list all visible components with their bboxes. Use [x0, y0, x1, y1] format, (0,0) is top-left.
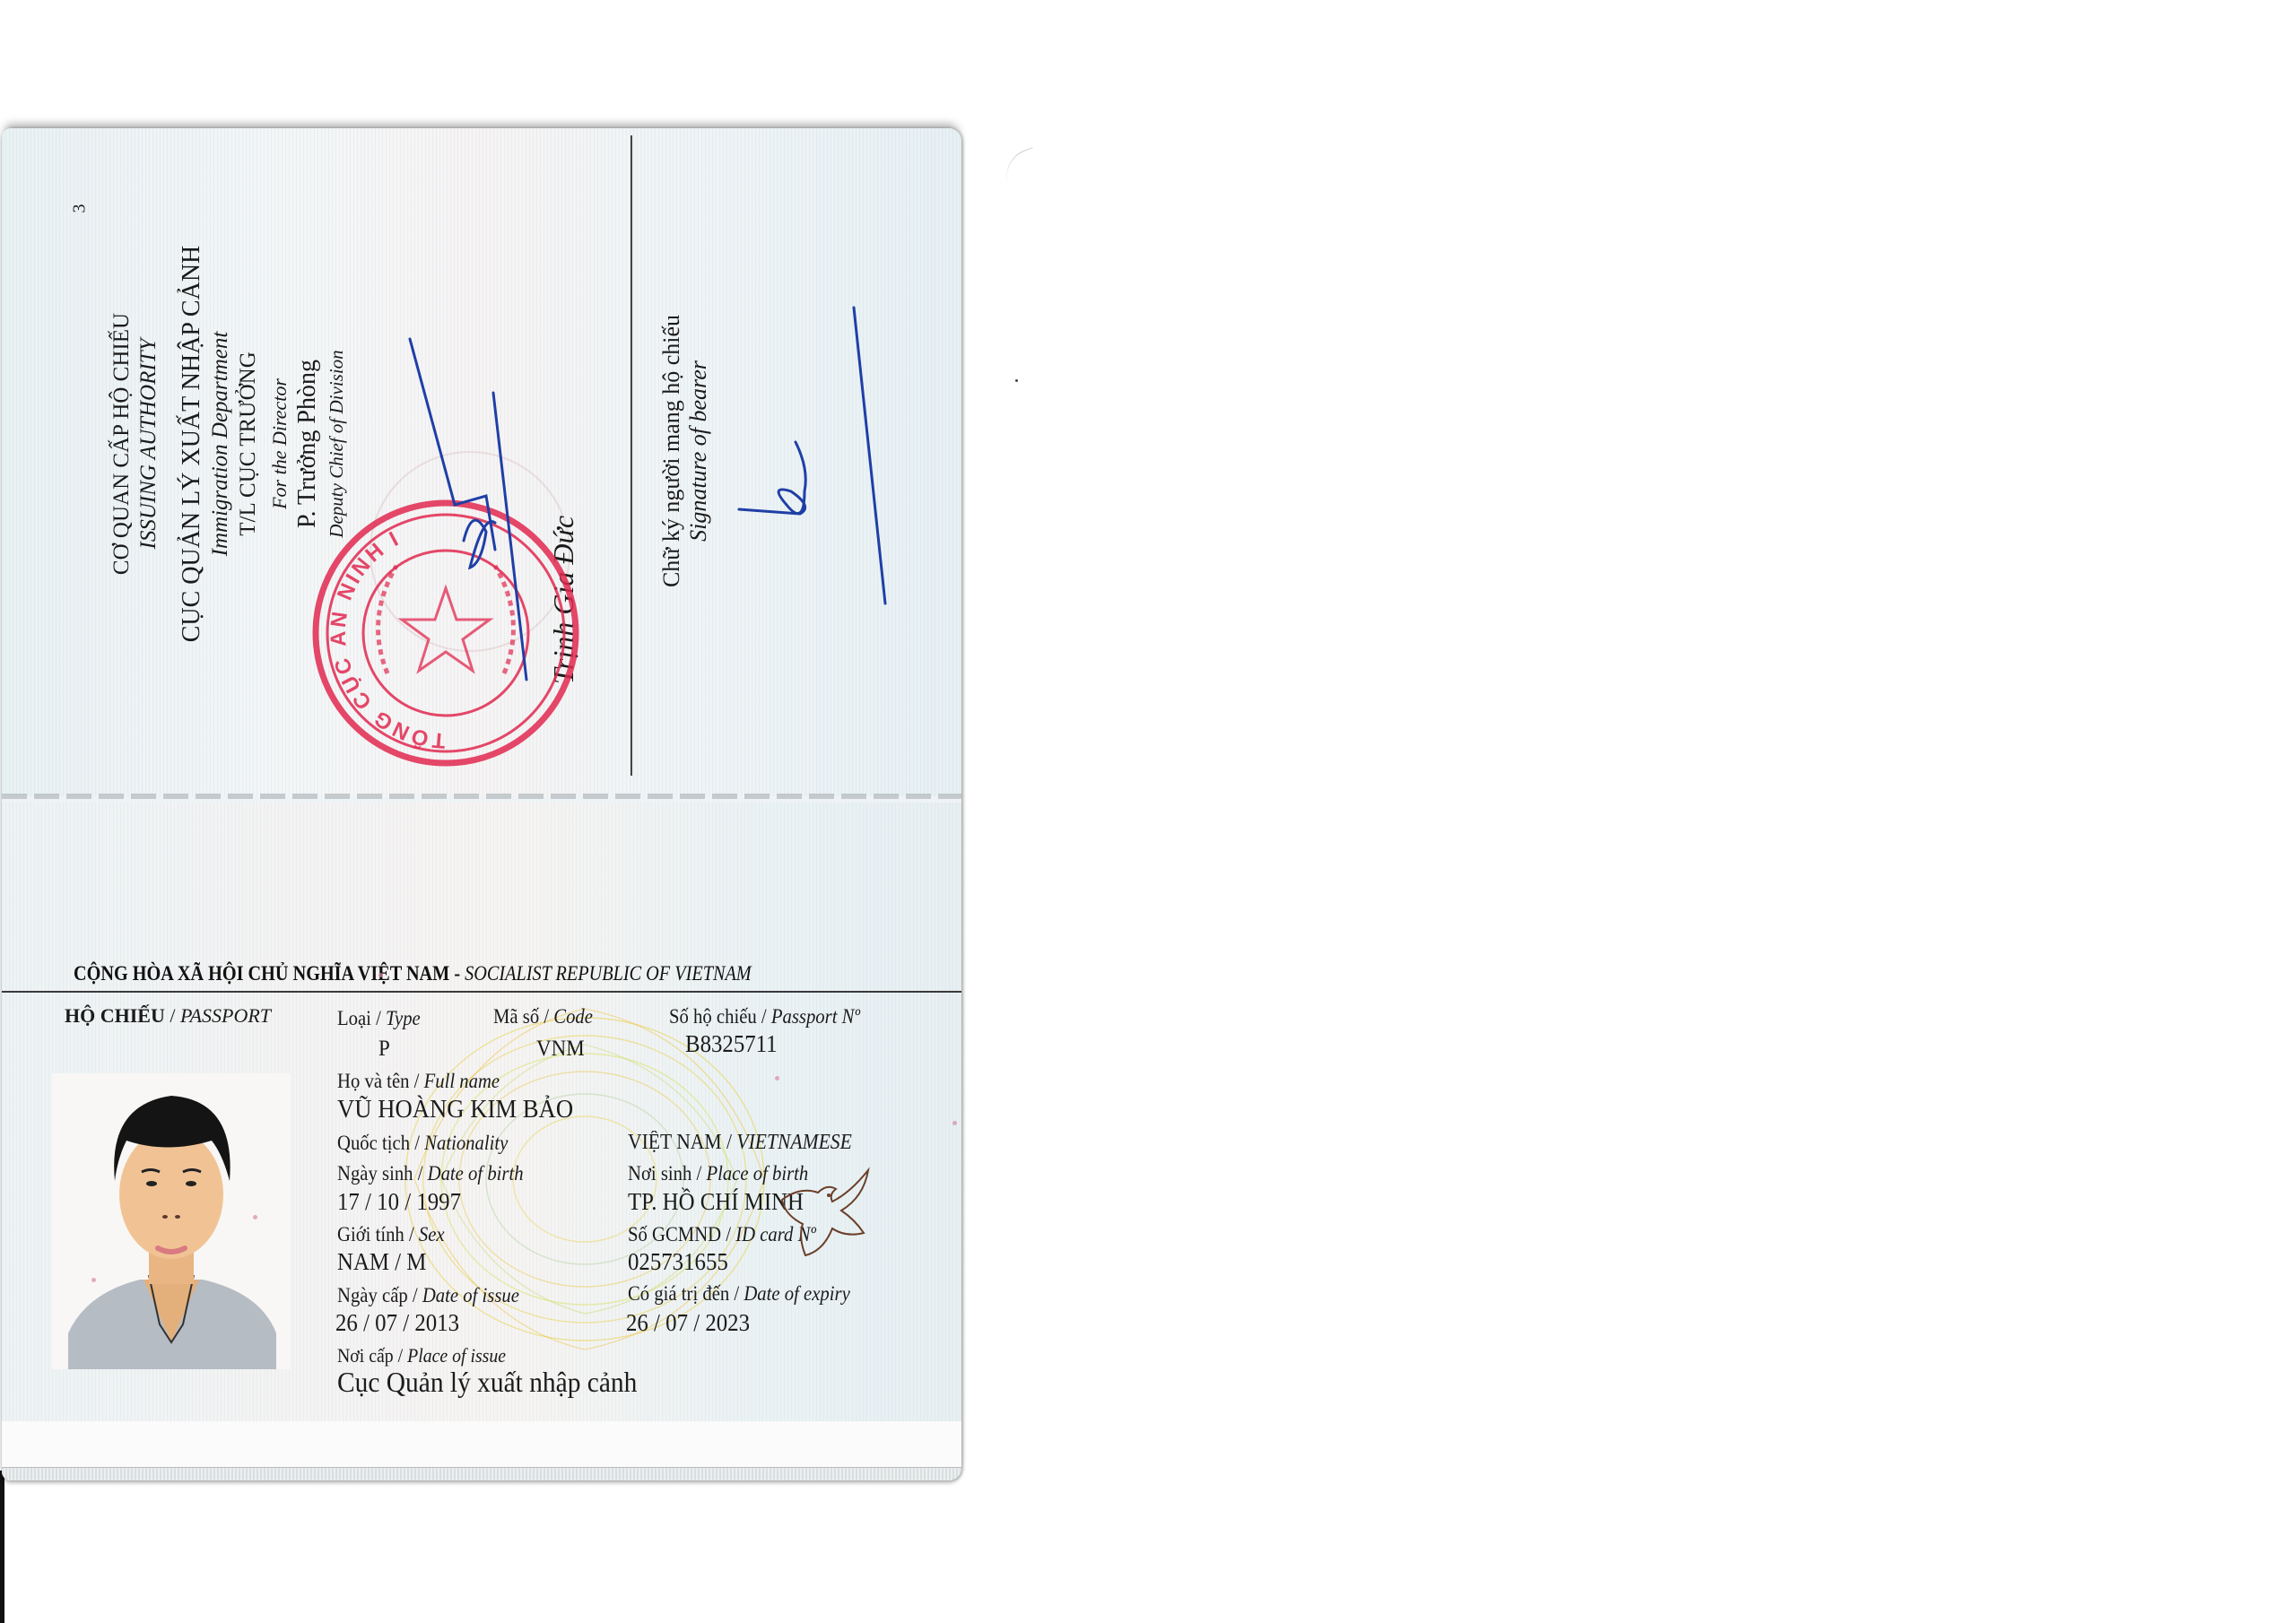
sex-value: NAM / M [337, 1248, 426, 1276]
scan-artifact [1015, 379, 1018, 382]
country-header: CỘNG HÒA XÃ HỘI CHỦ NGHĨA VIỆT NAM - SOC… [74, 962, 831, 985]
code-value: VNM [536, 1037, 585, 1062]
print-fleck [952, 1121, 957, 1125]
print-fleck [253, 1215, 257, 1219]
print-fleck [378, 973, 383, 977]
date-of-birth-value: 17 / 10 / 1997 [337, 1188, 461, 1216]
scan-artifact [999, 147, 1042, 186]
header-divider [2, 991, 961, 993]
place-of-issue-value: Cục Quản lý xuất nhập cảnh [337, 1366, 637, 1399]
perforation-fold [2, 794, 961, 799]
print-fleck [91, 1278, 96, 1282]
sex-label: Giới tính / Sex [337, 1223, 445, 1246]
type-value: P [378, 1037, 390, 1062]
authority-line: T/L CỤC TRƯỞNG [234, 211, 262, 677]
authority-line: For the Director [267, 211, 292, 677]
id-card-value: 025731655 [628, 1248, 728, 1276]
bearer-signature-label: Chữ ký người mang hộ chiếu Signature of … [658, 290, 712, 612]
authority-line: CƠ QUAN CẤP HỘ CHIẾU [108, 211, 135, 677]
date-of-expiry-label: Có giá trị đến / Date of expiry [628, 1282, 850, 1306]
passport-number-value: B8325711 [685, 1030, 778, 1058]
date-of-birth-label: Ngày sinh / Date of birth [337, 1162, 524, 1185]
print-fleck [775, 1076, 779, 1081]
bearer-photo [52, 1073, 291, 1369]
passport-number-label: Số hộ chiếu / Passport Nº [669, 1005, 860, 1028]
authority-line: ISSUING AUTHORITY [135, 211, 162, 677]
passport-booklet: 3 CƠ QUAN CẤP HỘ CHIẾU ISSUING AUTHORITY… [2, 128, 961, 1480]
date-of-expiry-value: 26 / 07 / 2023 [626, 1309, 750, 1337]
full-name-value: VŨ HOÀNG KIM BẢO [337, 1095, 573, 1124]
authority-line: CỤC QUẢN LÝ XUẤT NHẬP CẢNH [177, 211, 207, 677]
passport-data-page: CỘNG HÒA XÃ HỘI CHỦ NGHĨA VIỆT NAM - SOC… [2, 803, 961, 1480]
place-of-issue-label: Nơi cấp / Place of issue [337, 1344, 506, 1367]
type-label: Loại / Type [337, 1007, 421, 1030]
page-number: 3 [70, 204, 91, 213]
authority-line: Immigration Department [207, 211, 234, 677]
booklet-bottom-edge [2, 1467, 961, 1480]
nationality-value: VIỆT NAM / VIETNAMESE [628, 1131, 852, 1155]
official-stamp-icon: TỔNG CỤC AN NINH I [307, 494, 585, 772]
dove-icon [773, 1159, 881, 1258]
code-label: Mã số / Code [493, 1005, 593, 1028]
document-title: HỘ CHIẾU / PASSPORT [65, 1004, 271, 1028]
page-divider [631, 135, 632, 776]
scan-canvas: 3 CƠ QUAN CẤP HỘ CHIẾU ISSUING AUTHORITY… [0, 0, 2296, 1623]
date-of-issue-label: Ngày cấp / Date of issue [337, 1284, 519, 1307]
date-of-issue-value: 26 / 07 / 2013 [335, 1309, 459, 1337]
bearer-signature-icon [739, 308, 885, 603]
issuing-authority-page: 3 CƠ QUAN CẤP HỘ CHIẾU ISSUING AUTHORITY… [2, 128, 961, 796]
full-name-label: Họ và tên / Full name [337, 1070, 500, 1093]
scanner-edge-strip [0, 1471, 4, 1623]
nationality-label: Quốc tịch / Nationality [337, 1132, 508, 1155]
